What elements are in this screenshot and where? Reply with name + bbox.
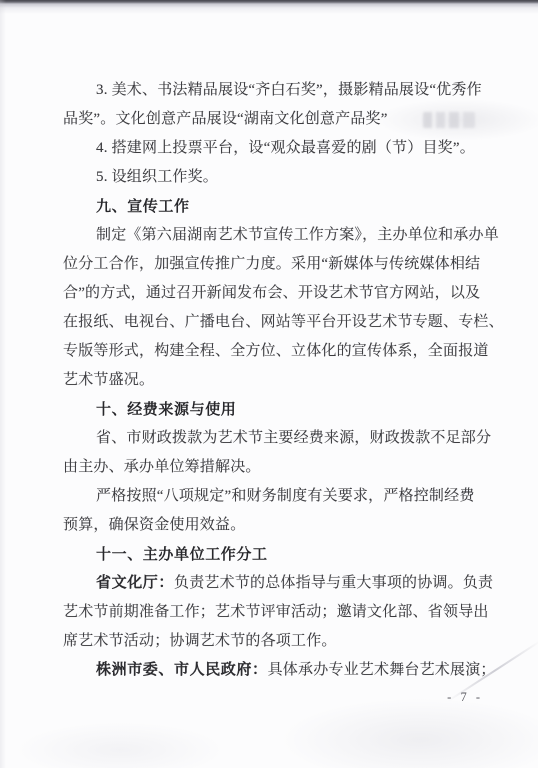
org-duty-text: 具体承办专业艺术舞台艺术展演； [268,662,496,678]
section-heading-9-publicity: 九、宣传工作 [63,192,498,221]
text-line-publicity-1: 制定《第六届湖南艺术节宣传工作方案》，主办单位和承办单 [63,221,498,250]
text-line-funding-1: 省、市财政拨款为艺术节主要经费来源，财政拨款不足部分 [63,424,498,453]
text-line-culture-dept-2: 艺术节前期准备工作；艺术节评审活动；邀请文化部、省领导出 [63,598,498,627]
document-body: 3. 美术、书法精品展设“齐白石奖”，摄影精品展设“优秀作 品奖”。文化创意产品… [63,76,498,685]
text-line-funding-3: 严格按照“八项规定”和财务制度有关要求，严格控制经费 [63,482,498,511]
section-heading-11-division-of-work: 十一、主办单位工作分工 [63,540,498,569]
text-line-publicity-6: 艺术节盛况。 [63,366,498,395]
text-line-funding-4: 预算，确保资金使用效益。 [63,511,498,540]
text-line-award-4: 4. 搭建网上投票平台，设“观众最喜爱的剧（节）目奖”。 [63,134,498,163]
org-duty-text: 负责艺术节的总体指导与重大事项的协调。负责 [174,575,493,591]
text-line-publicity-4: 在报纸、电视台、广播电台、网站等平台开设艺术节专题、专栏、 [63,308,498,337]
section-heading-10-funding: 十、经费来源与使用 [63,395,498,424]
org-label-zhuzhou-gov: 株洲市委、市人民政府： [96,662,268,678]
text-line-culture-dept: 省文化厅：负责艺术节的总体指导与重大事项的协调。负责 [63,569,498,598]
org-label-provincial-culture-dept: 省文化厅： [96,575,174,591]
text-line-culture-dept-3: 席艺术节活动；协调艺术节的各项工作。 [63,627,498,656]
document-page: 3. 美术、书法精品展设“齐白石奖”，摄影精品展设“优秀作 品奖”。文化创意产品… [0,0,538,768]
text-line-publicity-5: 专版等形式，构建全程、全方位、立体化的宣传体系，全面报道 [63,337,498,366]
text-line-funding-2: 由主办、承办单位筹措解决。 [63,453,498,482]
scan-left-edge-shading [0,0,6,768]
text-line-award-3-cont: 品奖”。文化创意产品展设“湖南文化创意产品奖” [63,105,498,134]
text-line-publicity-3: 合”的方式，通过召开新闻发布会、开设艺术节官方网站，以及 [63,279,498,308]
text-line-zhuzhou-gov: 株洲市委、市人民政府：具体承办专业艺术舞台艺术展演； [63,656,498,685]
text-line-award-5: 5. 设组织工作奖。 [63,163,498,192]
text-line-award-3: 3. 美术、书法精品展设“齐白石奖”，摄影精品展设“优秀作 [63,76,498,105]
text-line-publicity-2: 位分工合作，加强宣传推广力度。采用“新媒体与传统媒体相结 [63,250,498,279]
